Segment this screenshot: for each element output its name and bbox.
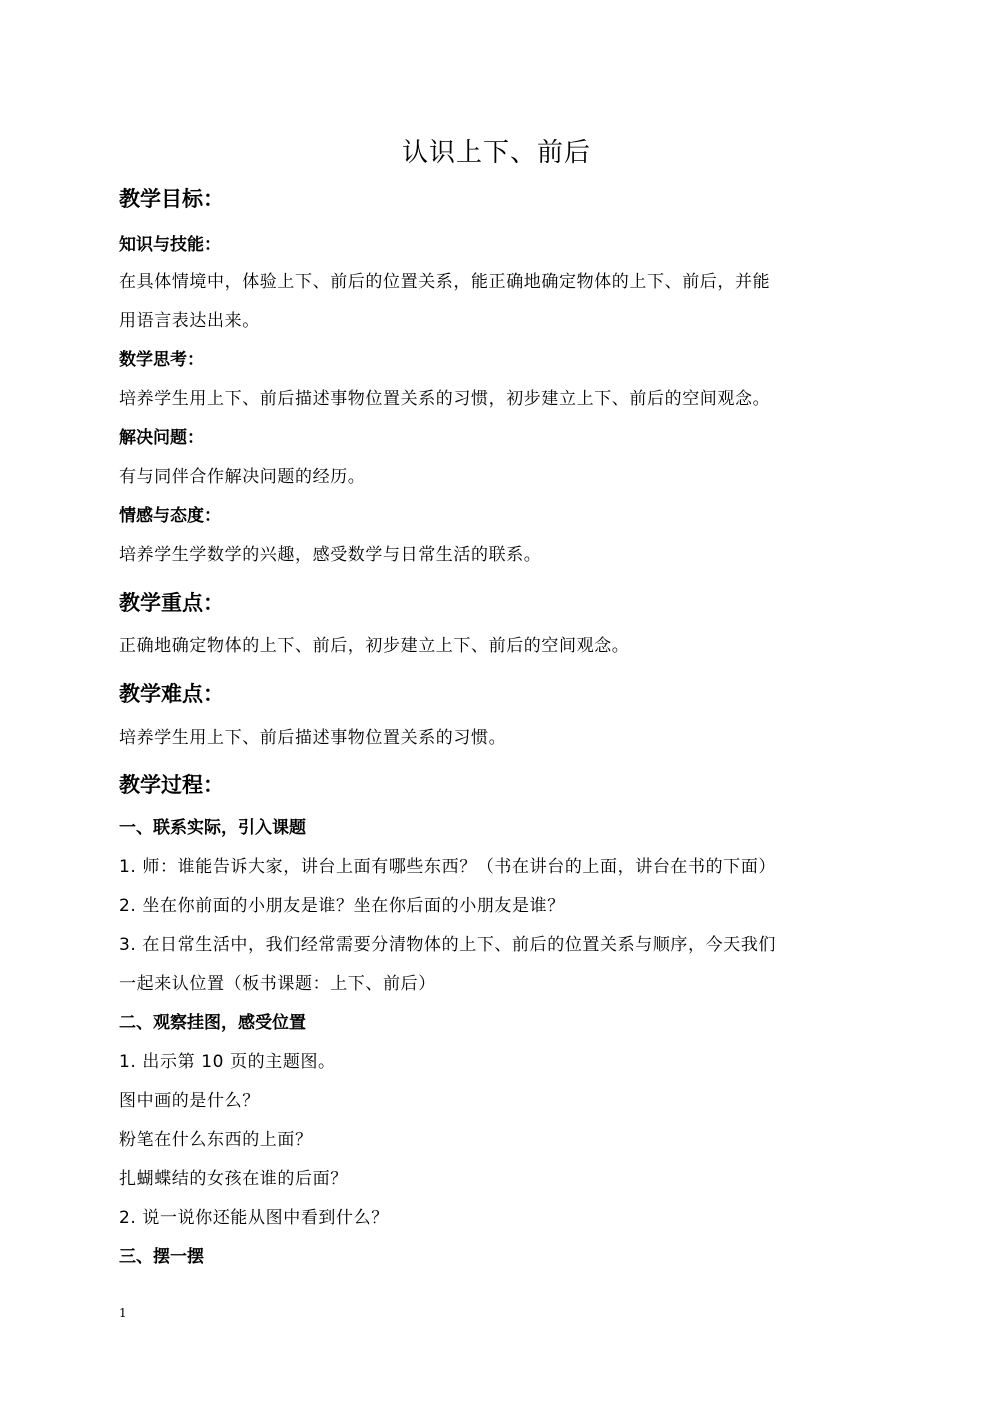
paragraph-line: 1. 师：谁能告诉大家，讲台上面有哪些东西？（书在讲台的上面，讲台在书的下面） xyxy=(119,859,776,876)
paragraph-line: 2. 说一说你还能从图中看到什么？ xyxy=(119,1210,389,1227)
section-heading: 教学目标： xyxy=(119,189,224,210)
paragraph-line: 培养学生学数学的兴趣，感受数学与日常生活的联系。 xyxy=(119,547,541,564)
document-page: 认识上下、前后 教学目标：知识与技能：在具体情境中，体验上下、前后的位置关系，能… xyxy=(0,0,993,1404)
document-title: 认识上下、前后 xyxy=(0,132,993,169)
paragraph-line: 粉笔在什么东西的上面？ xyxy=(119,1132,313,1149)
subsection-heading: 数学思考： xyxy=(119,352,204,369)
section-heading: 教学重点： xyxy=(119,593,224,614)
paragraph-line: 正确地确定物体的上下、前后，初步建立上下、前后的空间观念。 xyxy=(119,638,629,655)
section-heading: 教学过程： xyxy=(119,775,224,796)
subsection-heading: 三、摆一摆 xyxy=(119,1249,204,1266)
paragraph-line: 一起来认位置（板书课题：上下、前后） xyxy=(119,976,436,993)
page-number: 1 xyxy=(119,1306,127,1320)
section-heading: 教学难点： xyxy=(119,684,224,705)
subsection-heading: 二、观察挂图，感受位置 xyxy=(119,1015,306,1032)
subsection-heading: 解决问题： xyxy=(119,430,204,447)
paragraph-line: 培养学生用上下、前后描述事物位置关系的习惯，初步建立上下、前后的空间观念。 xyxy=(119,391,770,408)
subsection-heading: 情感与态度： xyxy=(119,508,221,525)
subsection-heading: 一、联系实际，引入课题 xyxy=(119,820,306,837)
paragraph-line: 1. 出示第 10 页的主题图。 xyxy=(119,1054,336,1071)
paragraph-line: 3. 在日常生活中，我们经常需要分清物体的上下、前后的位置关系与顺序，今天我们 xyxy=(119,937,776,954)
paragraph-line: 扎蝴蝶结的女孩在谁的后面？ xyxy=(119,1171,348,1188)
paragraph-line: 在具体情境中，体验上下、前后的位置关系，能正确地确定物体的上下、前后，并能 xyxy=(119,274,770,291)
paragraph-line: 培养学生用上下、前后描述事物位置关系的习惯。 xyxy=(119,730,506,747)
paragraph-line: 2. 坐在你前面的小朋友是谁？坐在你后面的小朋友是谁？ xyxy=(119,898,565,915)
paragraph-line: 用语言表达出来。 xyxy=(119,313,260,330)
paragraph-line: 图中画的是什么？ xyxy=(119,1093,260,1110)
paragraph-line: 有与同伴合作解决问题的经历。 xyxy=(119,469,365,486)
subsection-heading: 知识与技能： xyxy=(119,237,221,254)
